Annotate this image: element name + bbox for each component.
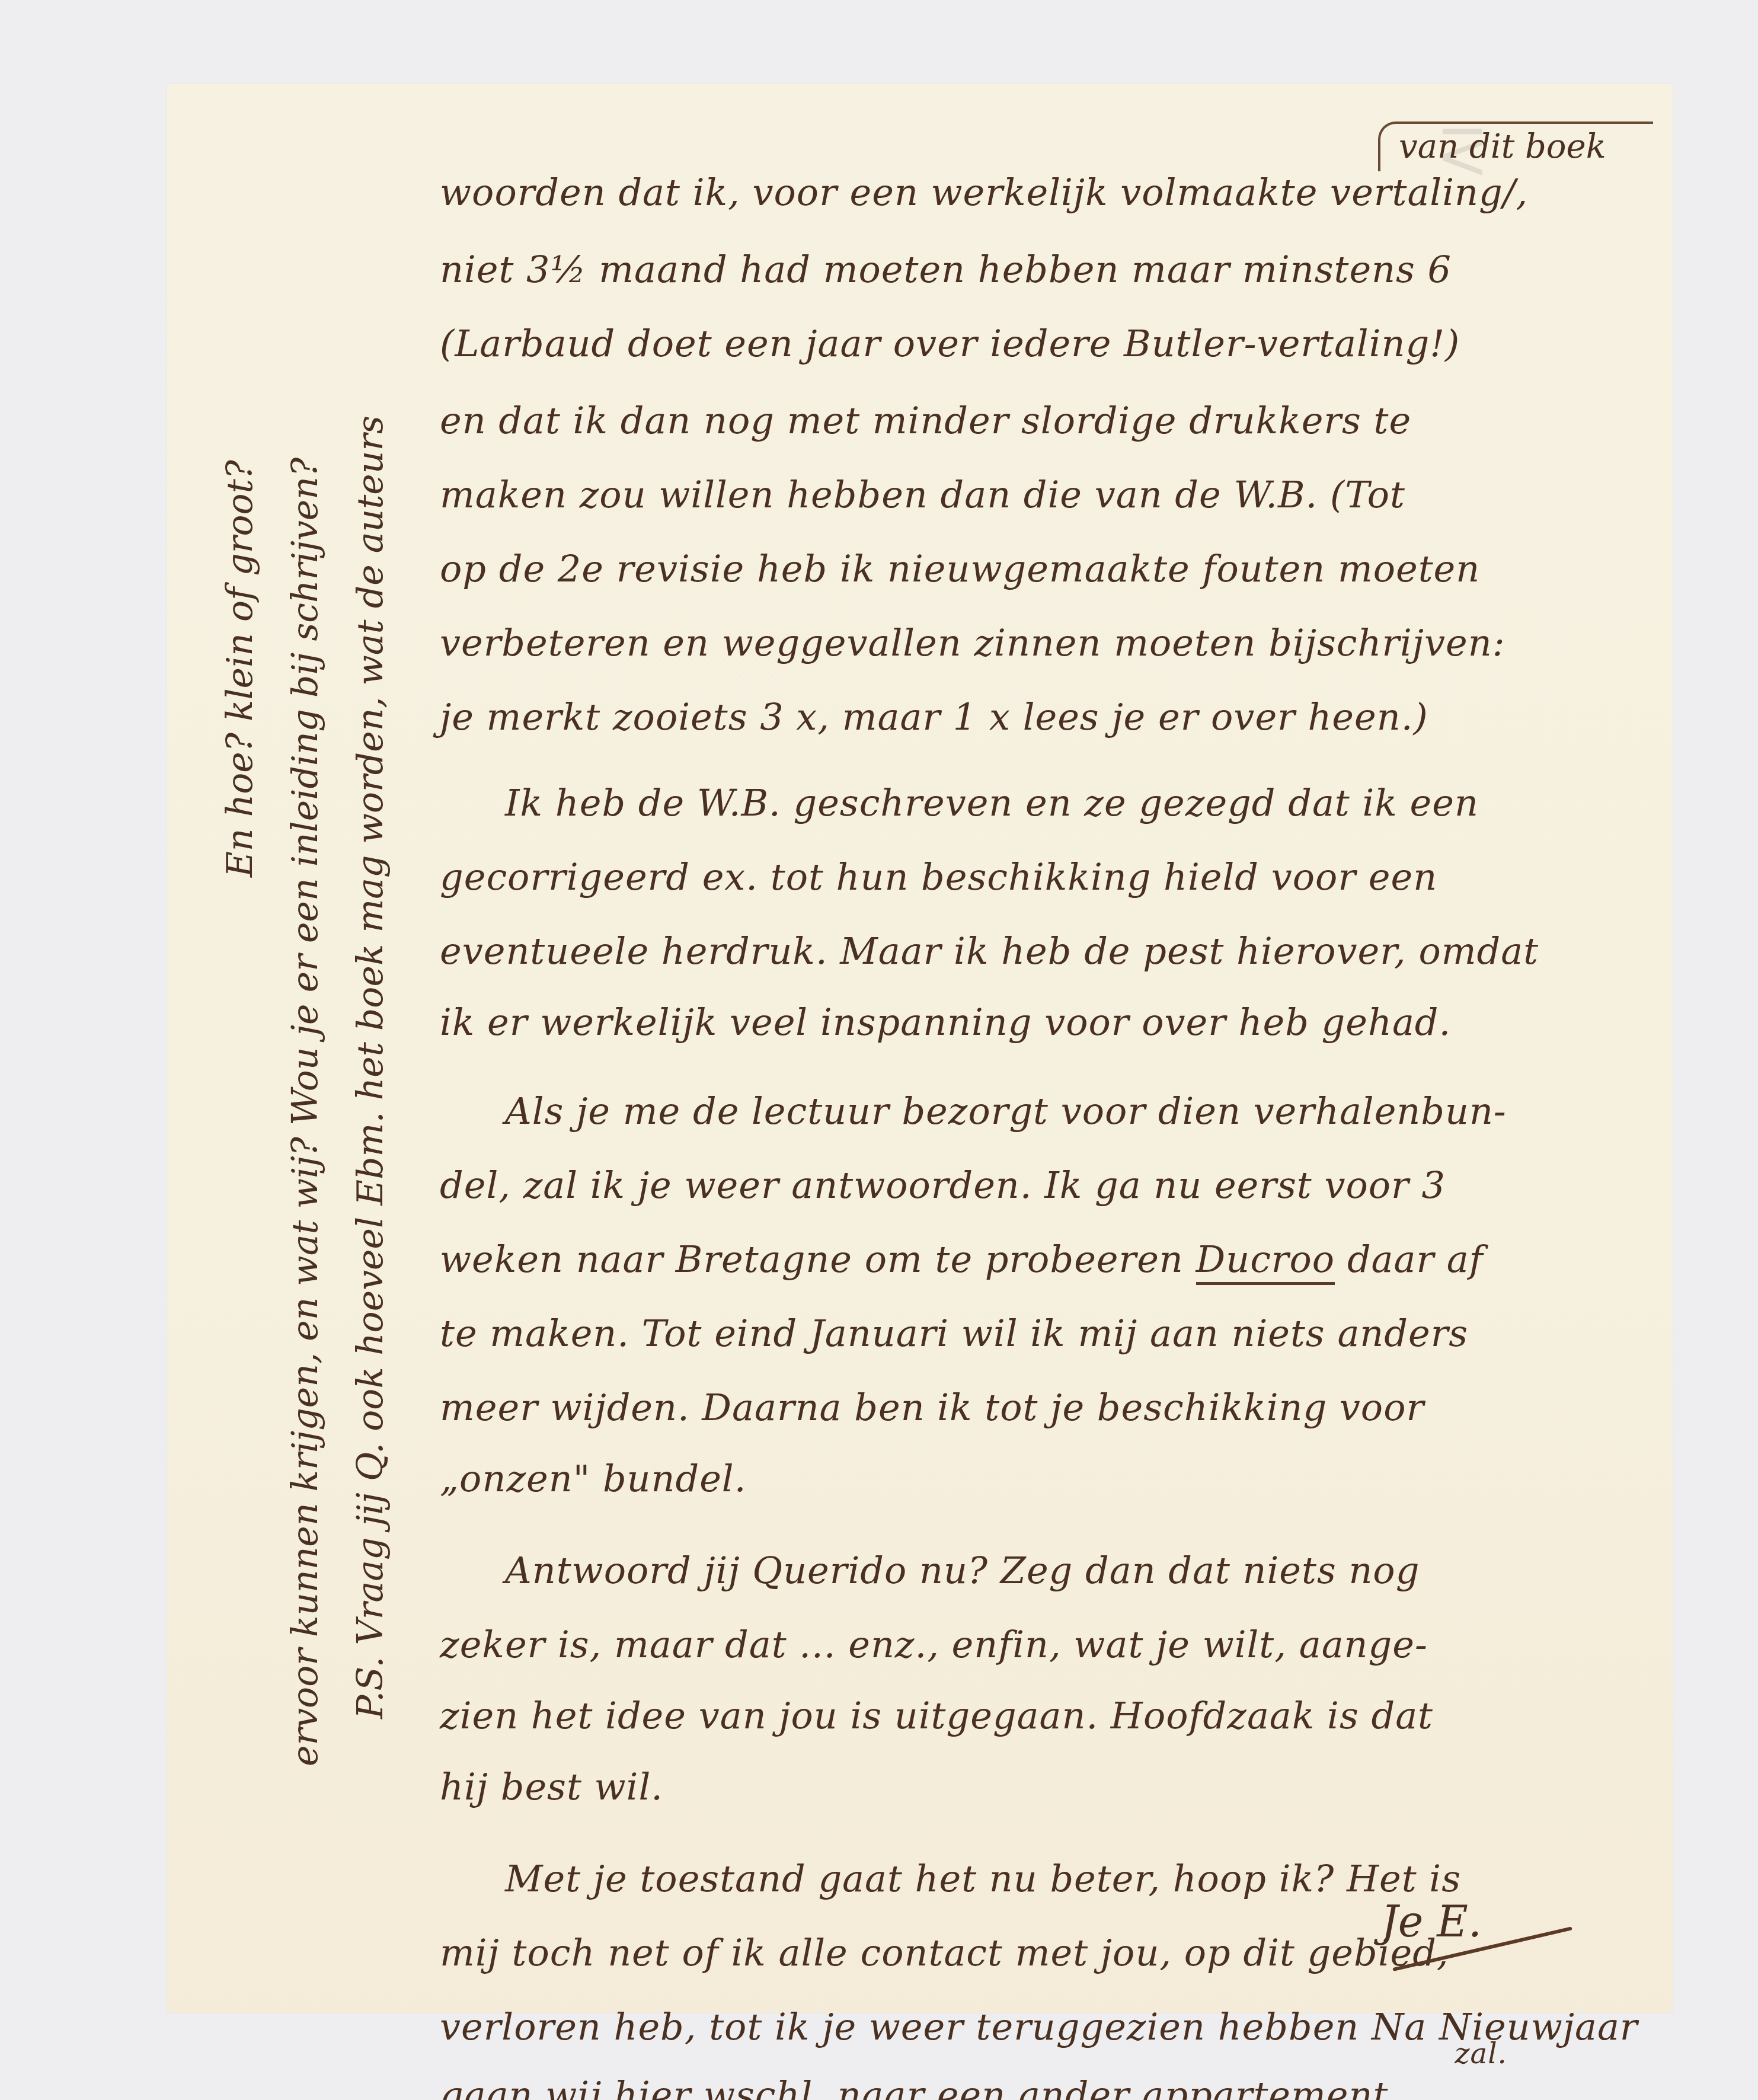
interlinear-subscript: zal. xyxy=(1455,2037,1507,2070)
letter-line-text: daar af xyxy=(1347,1238,1484,1281)
margin-postscript-line: ervoor kunnen krijgen, en wat wij? Wou j… xyxy=(285,458,326,1766)
margin-postscript-line: P.S. Vraag jij Q. ook hoeveel Ebm. het b… xyxy=(350,415,391,1719)
margin-postscript-line: En hoe? klein of groot? xyxy=(219,460,261,877)
letter-line-text: weken naar Bretagne om te probeeren xyxy=(440,1238,1184,1281)
underlined-title-ducroo: Ducroo xyxy=(1196,1238,1335,1285)
letter-line: verloren heb, tot ik je weer teruggezien… xyxy=(440,2027,1703,2030)
interlinear-insert: van dit boek xyxy=(1399,127,1606,166)
signature: Je E. xyxy=(1381,1897,1482,1946)
letter-line-text: verloren heb, tot ik je weer teruggezien… xyxy=(440,2005,1359,2048)
